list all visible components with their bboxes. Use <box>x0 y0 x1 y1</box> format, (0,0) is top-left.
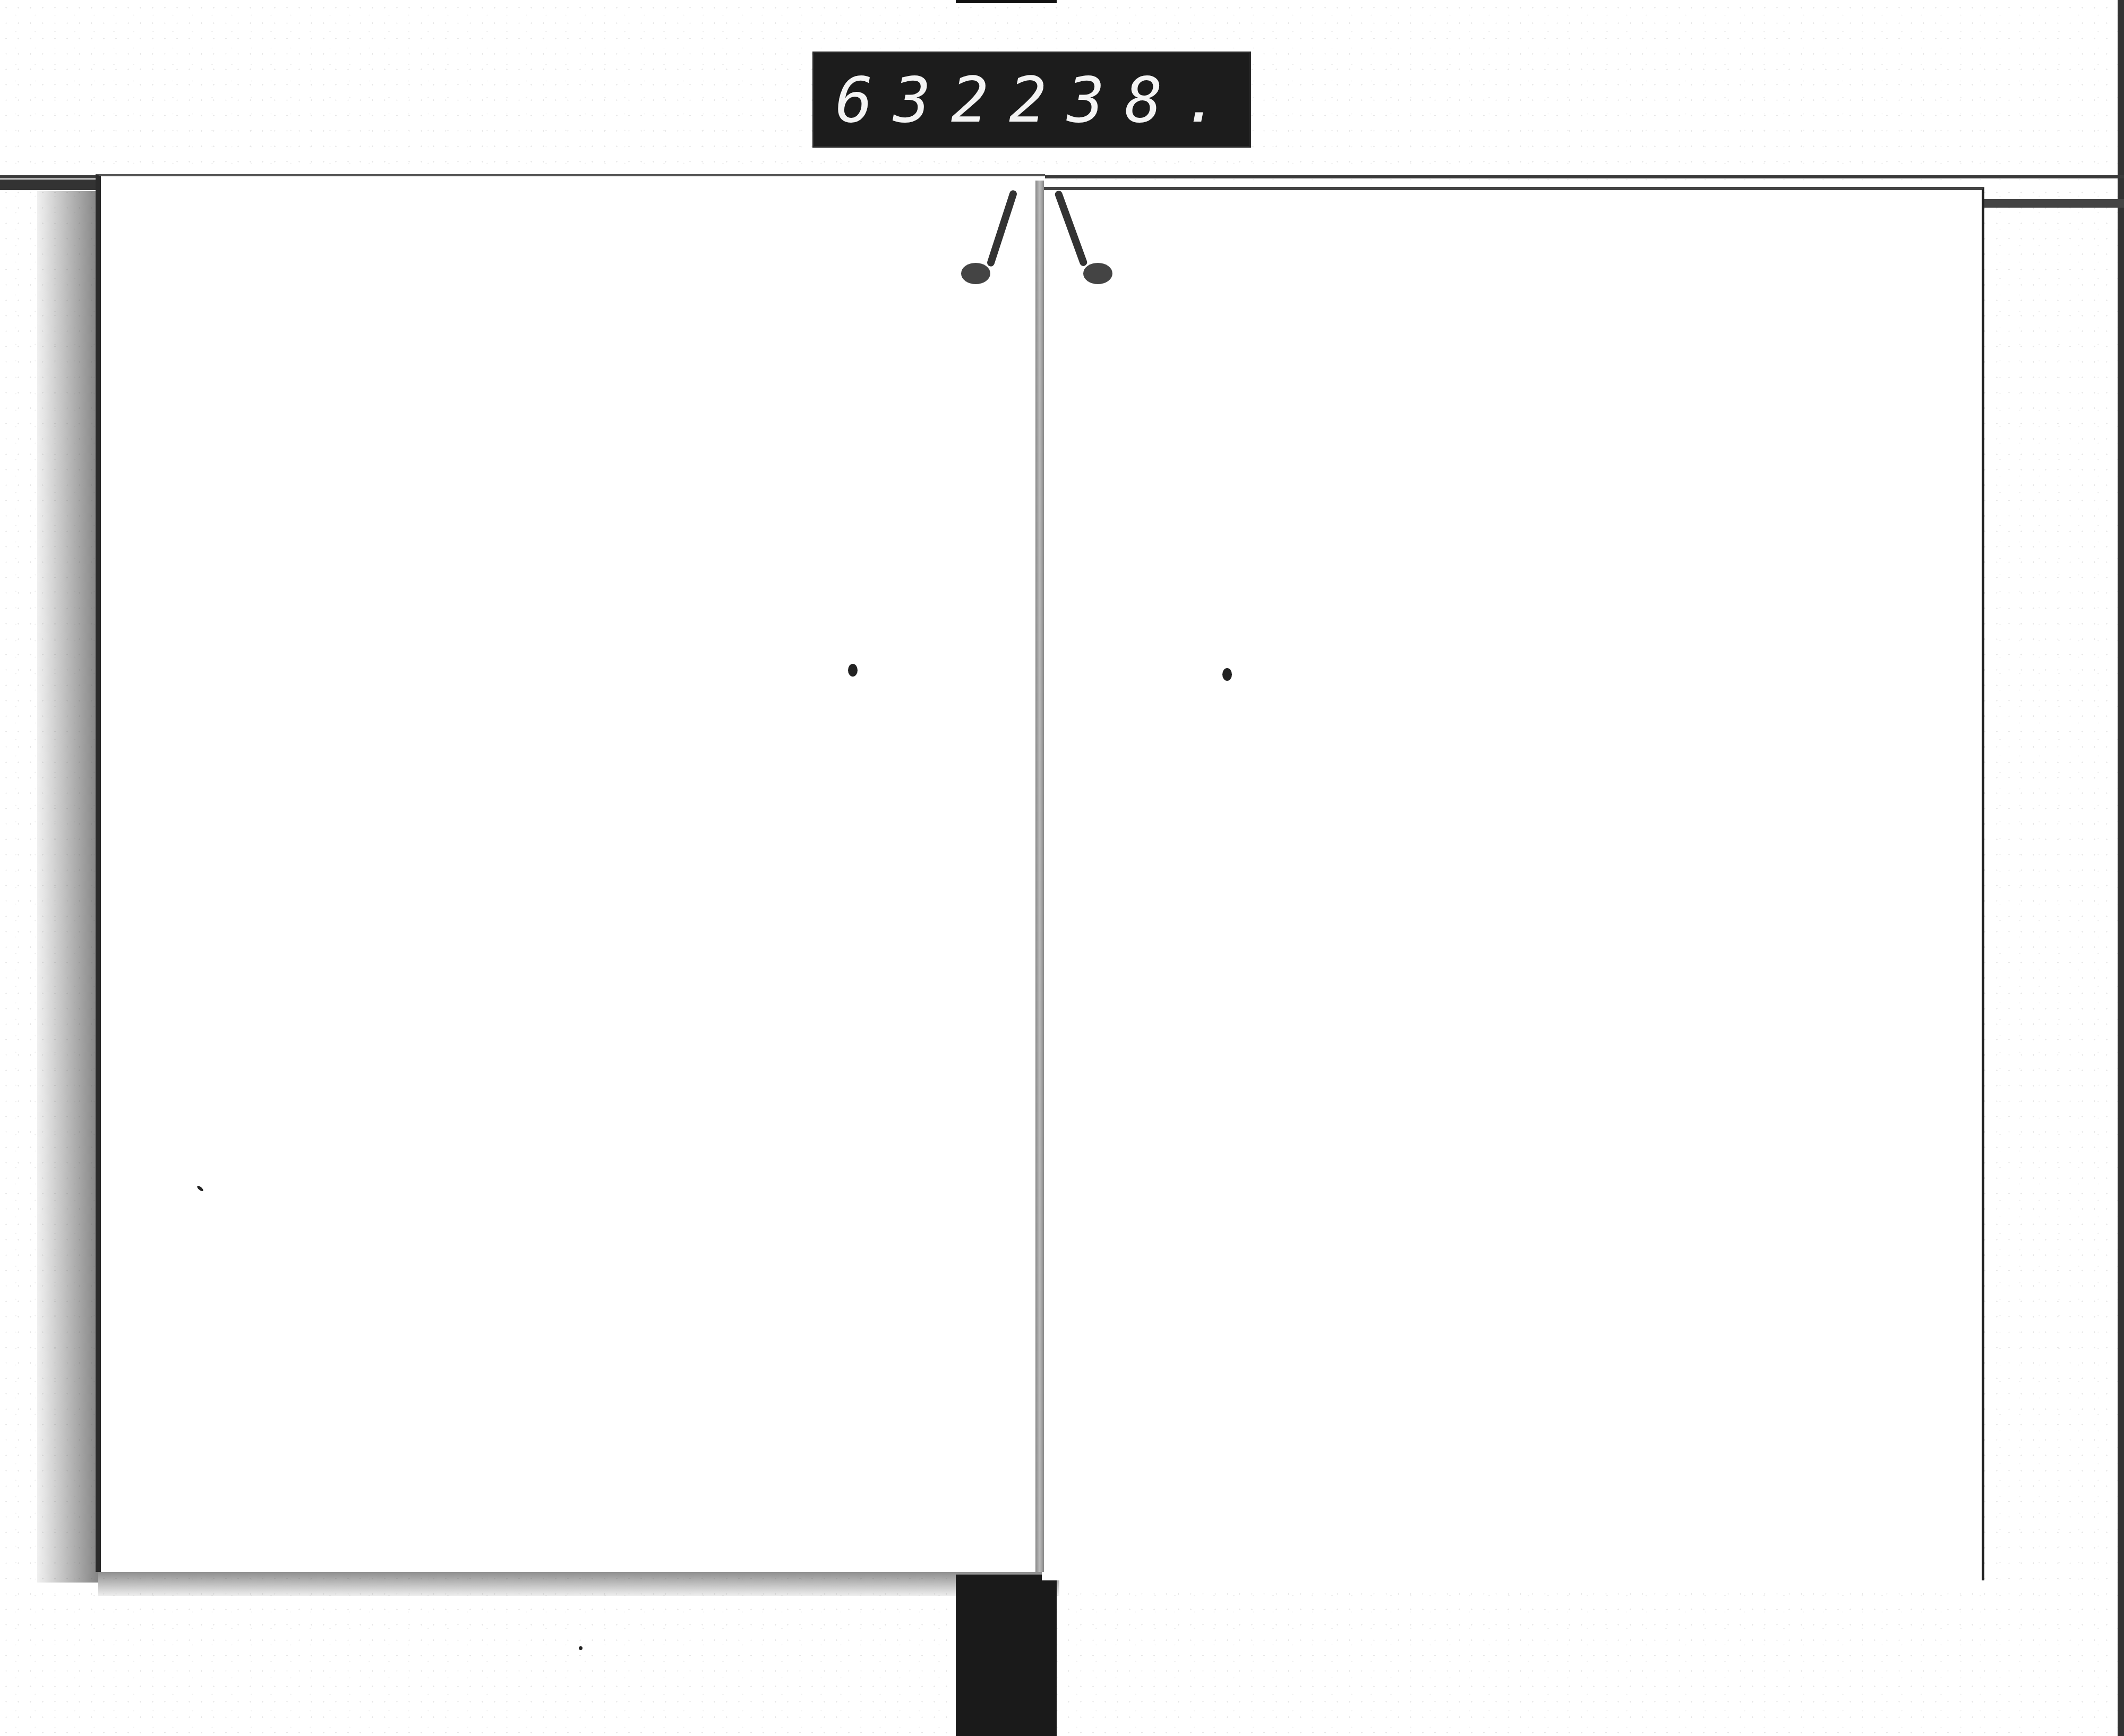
book-spine-bottom <box>956 1575 1057 1736</box>
top-tab <box>956 0 1057 3</box>
binding-hole-right <box>1222 668 1232 681</box>
frame-number: 238. <box>1009 63 1240 136</box>
thread-knot-right <box>1083 263 1112 284</box>
left-page <box>96 174 1045 1572</box>
scan-bed-edge-right <box>1975 199 2124 208</box>
thread-knot-left <box>961 263 990 284</box>
book-edge-shadow-left <box>37 191 98 1583</box>
book-edge-shadow-bottom <box>98 1569 1059 1596</box>
frame-counter-label: 632 238. <box>814 53 1249 146</box>
scan-bed-edge-left <box>0 179 96 190</box>
dust-speck <box>579 1646 583 1650</box>
scanner-edge-bar <box>2118 0 2124 1736</box>
reel-number: 632 <box>835 63 1009 136</box>
right-page <box>1042 187 1984 1580</box>
page-gutter <box>1035 181 1044 1572</box>
binding-hole-left <box>848 664 858 677</box>
